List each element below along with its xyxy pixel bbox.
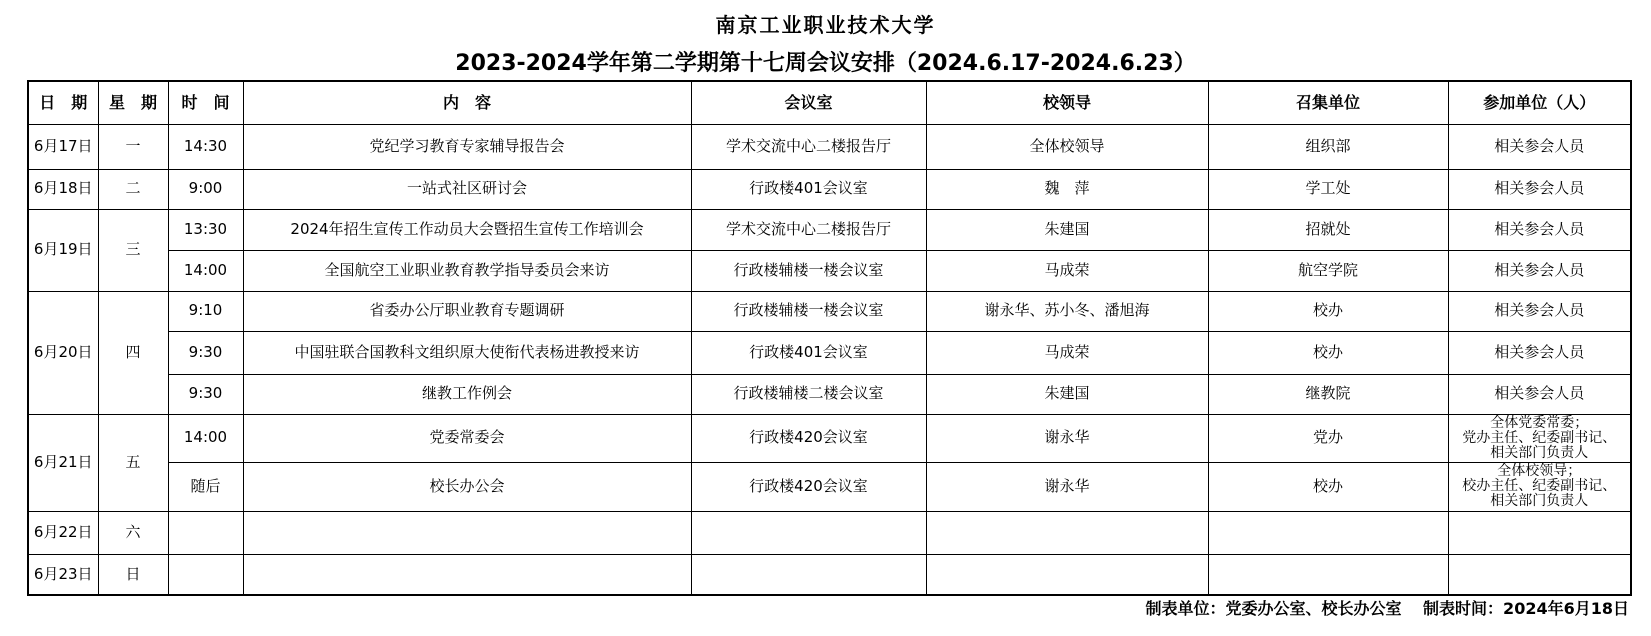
cell-organizer: 校办 <box>1208 291 1448 331</box>
cell-week: 五 <box>98 414 168 511</box>
table-row: 14:00 全国航空工业职业教育教学指导委员会来访 行政楼辅楼一楼会议室 马成荣… <box>28 250 1631 291</box>
cell-organizer: 招就处 <box>1208 209 1448 250</box>
cell-room: 行政楼辅楼一楼会议室 <box>691 291 926 331</box>
header-leaders: 校领导 <box>926 81 1208 124</box>
cell-content: 校长办公会 <box>243 462 691 511</box>
cell-leaders: 朱建国 <box>926 209 1208 250</box>
cell-week: 六 <box>98 511 168 554</box>
cell-time: 随后 <box>168 462 243 511</box>
cell-content: 全国航空工业职业教育教学指导委员会来访 <box>243 250 691 291</box>
cell-time <box>168 511 243 554</box>
cell-time: 13:30 <box>168 209 243 250</box>
header-participants: 参加单位（人） <box>1448 81 1631 124</box>
cell-participants: 相关参会人员 <box>1448 291 1631 331</box>
cell-time: 9:30 <box>168 374 243 414</box>
table-row: 6月21日 五 14:00 党委常委会 行政楼420会议室 谢永华 党办 全体党… <box>28 414 1631 462</box>
cell-leaders <box>926 554 1208 595</box>
cell-time <box>168 554 243 595</box>
cell-leaders: 谢永华 <box>926 414 1208 462</box>
cell-participants: 相关参会人员 <box>1448 331 1631 374</box>
header-content: 内 容 <box>243 81 691 124</box>
meeting-schedule-table: 日 期 星 期 时 间 内 容 会议室 校领导 召集单位 参加单位（人） 6月1… <box>27 80 1632 596</box>
cell-room: 行政楼辅楼二楼会议室 <box>691 374 926 414</box>
cell-room: 行政楼420会议室 <box>691 414 926 462</box>
header-row: 日 期 星 期 时 间 内 容 会议室 校领导 召集单位 参加单位（人） <box>28 81 1631 124</box>
page-title: 南京工业职业技术大学 <box>0 9 1651 38</box>
cell-leaders: 马成荣 <box>926 250 1208 291</box>
cell-week: 三 <box>98 209 168 291</box>
header-time: 时 间 <box>168 81 243 124</box>
cell-leaders: 魏 萍 <box>926 169 1208 209</box>
cell-leaders: 谢永华 <box>926 462 1208 511</box>
table-row: 9:30 中国驻联合国教科文组织原大使衔代表杨进教授来访 行政楼401会议室 马… <box>28 331 1631 374</box>
cell-room: 行政楼401会议室 <box>691 169 926 209</box>
cell-time: 14:00 <box>168 250 243 291</box>
cell-content: 中国驻联合国教科文组织原大使衔代表杨进教授来访 <box>243 331 691 374</box>
table-row: 6月23日 日 <box>28 554 1631 595</box>
cell-room: 学术交流中心二楼报告厅 <box>691 209 926 250</box>
cell-date: 6月23日 <box>28 554 98 595</box>
cell-room: 行政楼420会议室 <box>691 462 926 511</box>
cell-time: 9:30 <box>168 331 243 374</box>
cell-time: 9:10 <box>168 291 243 331</box>
cell-leaders: 朱建国 <box>926 374 1208 414</box>
cell-organizer: 校办 <box>1208 462 1448 511</box>
footer-note: 制表单位：党委办公室、校长办公室 制表时间：2024年6月18日 <box>1145 596 1629 619</box>
cell-content: 省委办公厅职业教育专题调研 <box>243 291 691 331</box>
cell-participants <box>1448 511 1631 554</box>
cell-organizer: 校办 <box>1208 331 1448 374</box>
cell-week: 四 <box>98 291 168 414</box>
header-room: 会议室 <box>691 81 926 124</box>
cell-time: 9:00 <box>168 169 243 209</box>
cell-participants: 相关参会人员 <box>1448 169 1631 209</box>
table-row: 随后 校长办公会 行政楼420会议室 谢永华 校办 全体校领导； 校办主任、纪委… <box>28 462 1631 511</box>
cell-participants: 全体校领导； 校办主任、纪委副书记、 相关部门负责人 <box>1448 462 1631 511</box>
cell-date: 6月21日 <box>28 414 98 511</box>
cell-participants: 相关参会人员 <box>1448 209 1631 250</box>
page-subtitle: 2023-2024学年第二学期第十七周会议安排（2024.6.17-2024.6… <box>0 46 1651 77</box>
cell-room <box>691 511 926 554</box>
cell-content: 党委常委会 <box>243 414 691 462</box>
cell-week: 一 <box>98 124 168 169</box>
cell-room: 学术交流中心二楼报告厅 <box>691 124 926 169</box>
cell-room <box>691 554 926 595</box>
table-row: 6月18日 二 9:00 一站式社区研讨会 行政楼401会议室 魏 萍 学工处 … <box>28 169 1631 209</box>
cell-room: 行政楼辅楼一楼会议室 <box>691 250 926 291</box>
cell-participants: 全体党委常委； 党办主任、纪委副书记、 相关部门负责人 <box>1448 414 1631 462</box>
cell-organizer <box>1208 554 1448 595</box>
cell-participants <box>1448 554 1631 595</box>
cell-leaders: 全体校领导 <box>926 124 1208 169</box>
cell-date: 6月17日 <box>28 124 98 169</box>
header-week: 星 期 <box>98 81 168 124</box>
table-row: 6月17日 一 14:30 党纪学习教育专家辅导报告会 学术交流中心二楼报告厅 … <box>28 124 1631 169</box>
cell-organizer: 继教院 <box>1208 374 1448 414</box>
cell-content: 继教工作例会 <box>243 374 691 414</box>
cell-leaders: 谢永华、苏小冬、潘旭海 <box>926 291 1208 331</box>
cell-participants: 相关参会人员 <box>1448 250 1631 291</box>
meeting-schedule-page: 南京工业职业技术大学 2023-2024学年第二学期第十七周会议安排（2024.… <box>0 0 1651 636</box>
cell-room: 行政楼401会议室 <box>691 331 926 374</box>
header-organizer: 召集单位 <box>1208 81 1448 124</box>
cell-content: 2024年招生宣传工作动员大会暨招生宣传工作培训会 <box>243 209 691 250</box>
cell-leaders: 马成荣 <box>926 331 1208 374</box>
cell-week: 二 <box>98 169 168 209</box>
cell-time: 14:00 <box>168 414 243 462</box>
cell-organizer: 航空学院 <box>1208 250 1448 291</box>
cell-date: 6月22日 <box>28 511 98 554</box>
cell-organizer: 党办 <box>1208 414 1448 462</box>
cell-participants: 相关参会人员 <box>1448 124 1631 169</box>
table-row: 6月19日 三 13:30 2024年招生宣传工作动员大会暨招生宣传工作培训会 … <box>28 209 1631 250</box>
cell-content <box>243 511 691 554</box>
cell-date: 6月19日 <box>28 209 98 291</box>
cell-participants: 相关参会人员 <box>1448 374 1631 414</box>
cell-time: 14:30 <box>168 124 243 169</box>
cell-content <box>243 554 691 595</box>
cell-content: 一站式社区研讨会 <box>243 169 691 209</box>
header-date: 日 期 <box>28 81 98 124</box>
table-row: 6月22日 六 <box>28 511 1631 554</box>
cell-leaders <box>926 511 1208 554</box>
cell-date: 6月18日 <box>28 169 98 209</box>
cell-content: 党纪学习教育专家辅导报告会 <box>243 124 691 169</box>
table-row: 9:30 继教工作例会 行政楼辅楼二楼会议室 朱建国 继教院 相关参会人员 <box>28 374 1631 414</box>
cell-date: 6月20日 <box>28 291 98 414</box>
cell-week: 日 <box>98 554 168 595</box>
table-row: 6月20日 四 9:10 省委办公厅职业教育专题调研 行政楼辅楼一楼会议室 谢永… <box>28 291 1631 331</box>
cell-organizer: 组织部 <box>1208 124 1448 169</box>
cell-organizer <box>1208 511 1448 554</box>
cell-organizer: 学工处 <box>1208 169 1448 209</box>
